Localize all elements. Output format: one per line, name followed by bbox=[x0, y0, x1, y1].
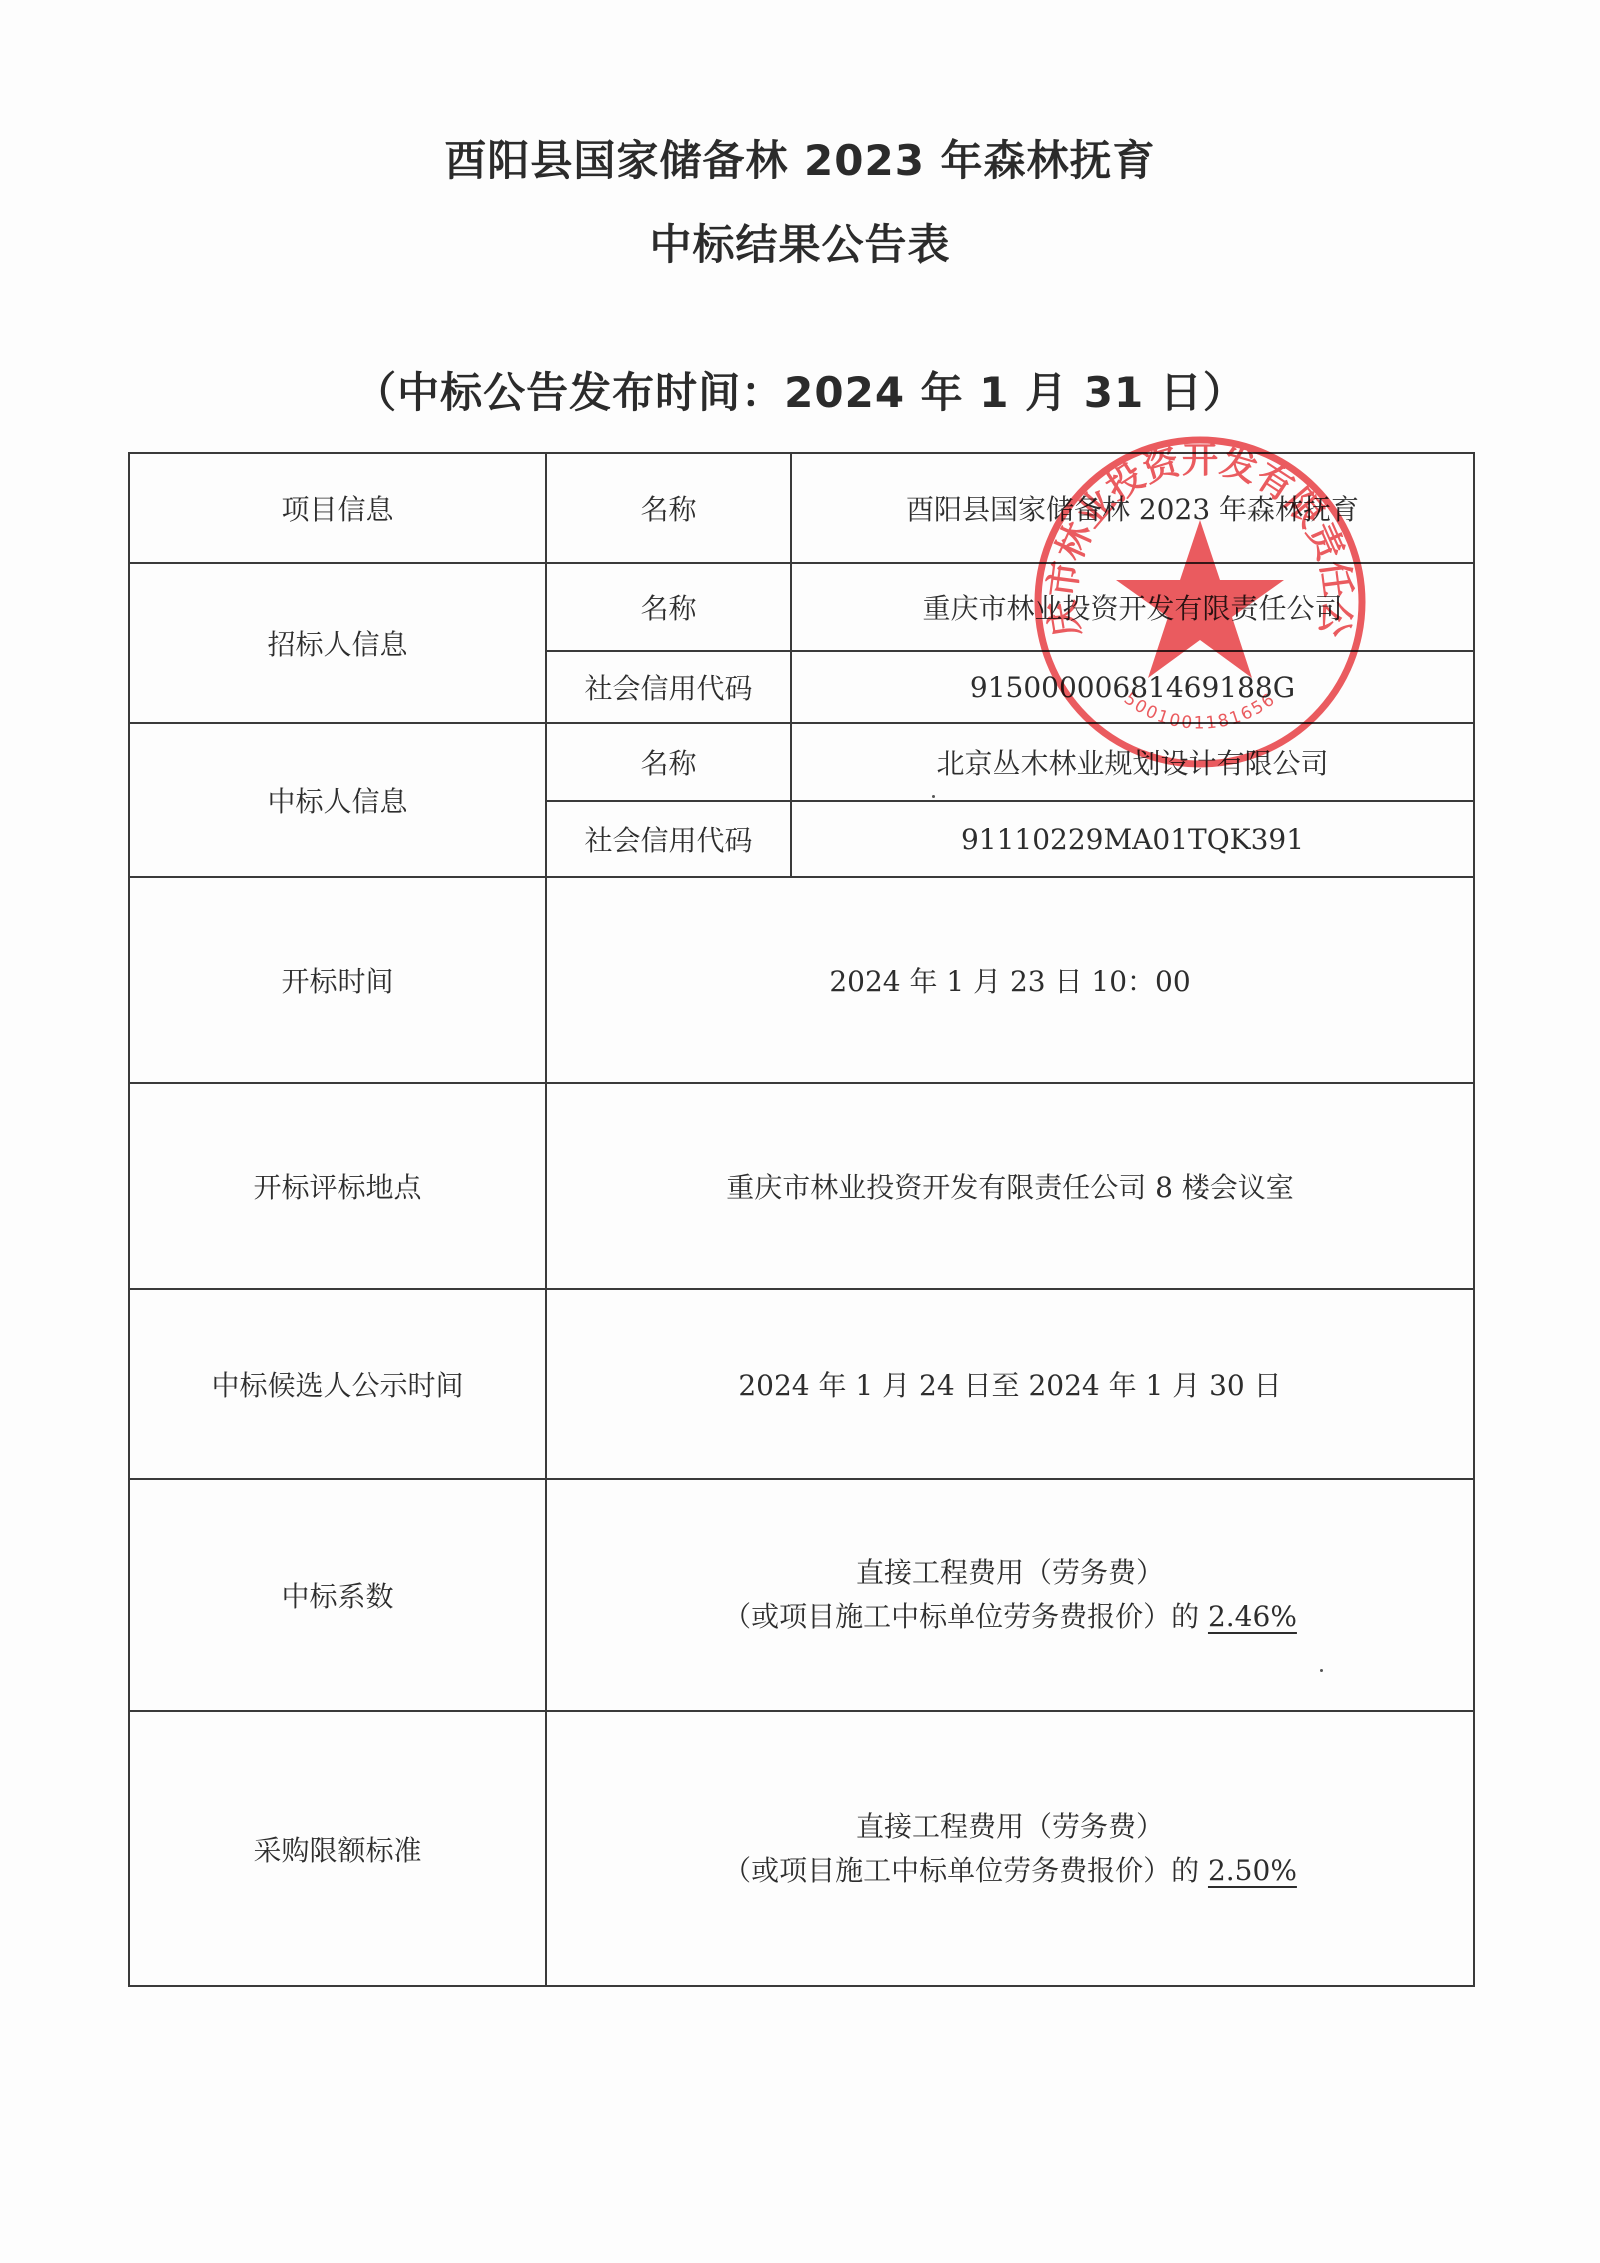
field-label-bid-coefficient: 中标系数 bbox=[129, 1479, 546, 1711]
field-label-tenderer-name: 名称 bbox=[546, 563, 791, 651]
section-label-tenderer: 招标人信息 bbox=[129, 563, 546, 723]
section-label-winner: 中标人信息 bbox=[129, 723, 546, 877]
scan-speck bbox=[932, 795, 935, 798]
publish-date: （中标公告发布时间：2024 年 1 月 31 日） bbox=[0, 360, 1600, 420]
field-label-venue: 开标评标地点 bbox=[129, 1083, 546, 1289]
award-notice-table: 项目信息 名称 酉阳县国家储备林 2023 年森林抚育 招标人信息 名称 重庆市… bbox=[128, 452, 1475, 1987]
field-value-tenderer-name: 重庆市林业投资开发有限责任公司 bbox=[791, 563, 1474, 651]
field-label-winner-name: 名称 bbox=[546, 723, 791, 801]
table-row-venue: 开标评标地点 重庆市林业投资开发有限责任公司 8 楼会议室 bbox=[129, 1083, 1474, 1289]
field-value-venue: 重庆市林业投资开发有限责任公司 8 楼会议室 bbox=[546, 1083, 1474, 1289]
field-label-procurement-limit: 采购限额标准 bbox=[129, 1711, 546, 1986]
table-row-bid-coefficient: 中标系数 直接工程费用（劳务费） （或项目施工中标单位劳务费报价）的 2.46% bbox=[129, 1479, 1474, 1711]
document-title-line1: 酉阳县国家储备林 2023 年森林抚育 bbox=[0, 128, 1600, 188]
procurement-limit-percent: 2.50% bbox=[1208, 1854, 1297, 1887]
table-row-tenderer-name: 招标人信息 名称 重庆市林业投资开发有限责任公司 bbox=[129, 563, 1474, 651]
field-value-publicity-period: 2024 年 1 月 24 日至 2024 年 1 月 30 日 bbox=[546, 1289, 1474, 1479]
field-label-opening-time: 开标时间 bbox=[129, 877, 546, 1083]
procurement-limit-line2: （或项目施工中标单位劳务费报价）的 2.50% bbox=[553, 1849, 1467, 1893]
field-value-tenderer-code: 91500000681469188G bbox=[791, 651, 1474, 723]
procurement-limit-prefix: （或项目施工中标单位劳务费报价）的 bbox=[723, 1854, 1208, 1887]
field-label-project-name: 名称 bbox=[546, 453, 791, 563]
document-title-line2: 中标结果公告表 bbox=[0, 212, 1600, 272]
scan-speck bbox=[1320, 1669, 1323, 1672]
bid-coefficient-line2: （或项目施工中标单位劳务费报价）的 2.46% bbox=[553, 1595, 1467, 1639]
field-label-publicity-period: 中标候选人公示时间 bbox=[129, 1289, 546, 1479]
bid-coefficient-line1: 直接工程费用（劳务费） bbox=[553, 1551, 1467, 1595]
bid-coefficient-percent: 2.46% bbox=[1208, 1600, 1297, 1633]
procurement-limit-line1: 直接工程费用（劳务费） bbox=[553, 1805, 1467, 1849]
table-row-publicity-period: 中标候选人公示时间 2024 年 1 月 24 日至 2024 年 1 月 30… bbox=[129, 1289, 1474, 1479]
field-label-winner-code: 社会信用代码 bbox=[546, 801, 791, 877]
field-value-winner-name: 北京丛木林业规划设计有限公司 bbox=[791, 723, 1474, 801]
table-row-procurement-limit: 采购限额标准 直接工程费用（劳务费） （或项目施工中标单位劳务费报价）的 2.5… bbox=[129, 1711, 1474, 1986]
table-row-opening-time: 开标时间 2024 年 1 月 23 日 10：00 bbox=[129, 877, 1474, 1083]
table-row-project: 项目信息 名称 酉阳县国家储备林 2023 年森林抚育 bbox=[129, 453, 1474, 563]
field-value-project-name: 酉阳县国家储备林 2023 年森林抚育 bbox=[791, 453, 1474, 563]
field-value-opening-time: 2024 年 1 月 23 日 10：00 bbox=[546, 877, 1474, 1083]
bid-coefficient-prefix: （或项目施工中标单位劳务费报价）的 bbox=[723, 1600, 1208, 1633]
field-value-winner-code: 91110229MA01TQK391 bbox=[791, 801, 1474, 877]
table-row-winner-name: 中标人信息 名称 北京丛木林业规划设计有限公司 bbox=[129, 723, 1474, 801]
field-value-bid-coefficient: 直接工程费用（劳务费） （或项目施工中标单位劳务费报价）的 2.46% bbox=[546, 1479, 1474, 1711]
section-label-project: 项目信息 bbox=[129, 453, 546, 563]
field-label-tenderer-code: 社会信用代码 bbox=[546, 651, 791, 723]
field-value-procurement-limit: 直接工程费用（劳务费） （或项目施工中标单位劳务费报价）的 2.50% bbox=[546, 1711, 1474, 1986]
